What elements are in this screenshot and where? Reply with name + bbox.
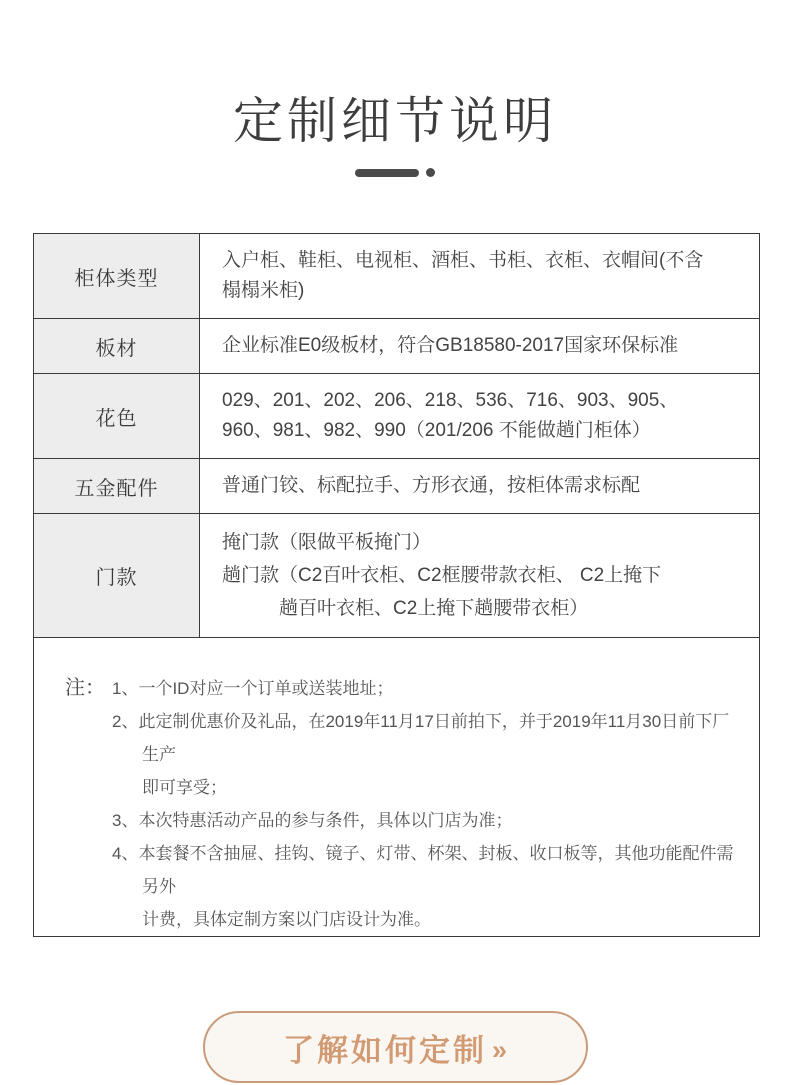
title-underline-bar <box>355 169 419 177</box>
spec-table: 柜体类型 入户柜、鞋柜、电视柜、酒柜、书柜、衣柜、衣帽间(不含 榻榻米柜) 板材… <box>33 233 760 937</box>
row-label-hardware: 五金配件 <box>34 459 200 513</box>
row-value-board-material: 企业标准E0级板材，符合GB18580-2017国家环保标准 <box>200 319 759 373</box>
row-label-board-material: 板材 <box>34 319 200 373</box>
notes-section: 注： 1、一个ID对应一个订单或送装地址； 2、此定制优惠价及礼品，在2019年… <box>34 638 759 936</box>
table-row-hardware: 五金配件 普通门铰、标配拉手、方形衣通，按柜体需求标配 <box>34 459 759 514</box>
row-value-door-style: 掩门款（限做平板掩门） 趟门款（C2百叶衣柜、C2框腰带款衣柜、 C2上掩下 趟… <box>200 514 759 637</box>
table-row-board-material: 板材 企业标准E0级板材，符合GB18580-2017国家环保标准 <box>34 319 759 374</box>
table-row-cabinet-type: 柜体类型 入户柜、鞋柜、电视柜、酒柜、书柜、衣柜、衣帽间(不含 榻榻米柜) <box>34 234 759 319</box>
double-chevron-right-icon: » <box>492 1031 507 1064</box>
cta-container: 了解如何定制 » <box>0 1011 790 1083</box>
note-item-1: 1、一个ID对应一个订单或送装地址； <box>112 672 735 705</box>
row-value-pattern: 029、201、202、206、218、536、716、903、905、 960… <box>200 374 759 458</box>
cta-button-label: 了解如何定制 <box>283 1025 487 1070</box>
note-item-4: 4、本套餐不含抽屉、挂钩、镜子、灯带、杯架、封板、收口板等，其他功能配件需另外 … <box>112 837 735 936</box>
table-row-pattern: 花色 029、201、202、206、218、536、716、903、905、 … <box>34 374 759 459</box>
table-row-door-style: 门款 掩门款（限做平板掩门） 趟门款（C2百叶衣柜、C2框腰带款衣柜、 C2上掩… <box>34 514 759 638</box>
learn-customize-button[interactable]: 了解如何定制 » <box>203 1011 588 1083</box>
note-item-2: 2、此定制优惠价及礼品，在2019年11月17日前拍下，并于2019年11月30… <box>112 705 735 804</box>
title-dot <box>426 168 435 177</box>
note-item-3: 3、本次特惠活动产品的参与条件，具体以门店为准； <box>112 804 735 837</box>
notes-prefix: 注： <box>65 672 105 705</box>
row-label-door-style: 门款 <box>34 514 200 637</box>
row-value-hardware: 普通门铰、标配拉手、方形衣通，按柜体需求标配 <box>200 459 759 513</box>
row-label-pattern: 花色 <box>34 374 200 458</box>
product-detail-page: 定制细节说明 柜体类型 入户柜、鞋柜、电视柜、酒柜、书柜、衣柜、衣帽间(不含 榻… <box>0 0 790 1085</box>
title-section: 定制细节说明 <box>0 0 790 177</box>
row-value-cabinet-type: 入户柜、鞋柜、电视柜、酒柜、书柜、衣柜、衣帽间(不含 榻榻米柜) <box>200 234 759 318</box>
row-label-cabinet-type: 柜体类型 <box>34 234 200 318</box>
page-title: 定制细节说明 <box>0 90 790 152</box>
title-decoration <box>0 168 790 177</box>
notes-list: 1、一个ID对应一个订单或送装地址； 2、此定制优惠价及礼品，在2019年11月… <box>112 672 735 936</box>
